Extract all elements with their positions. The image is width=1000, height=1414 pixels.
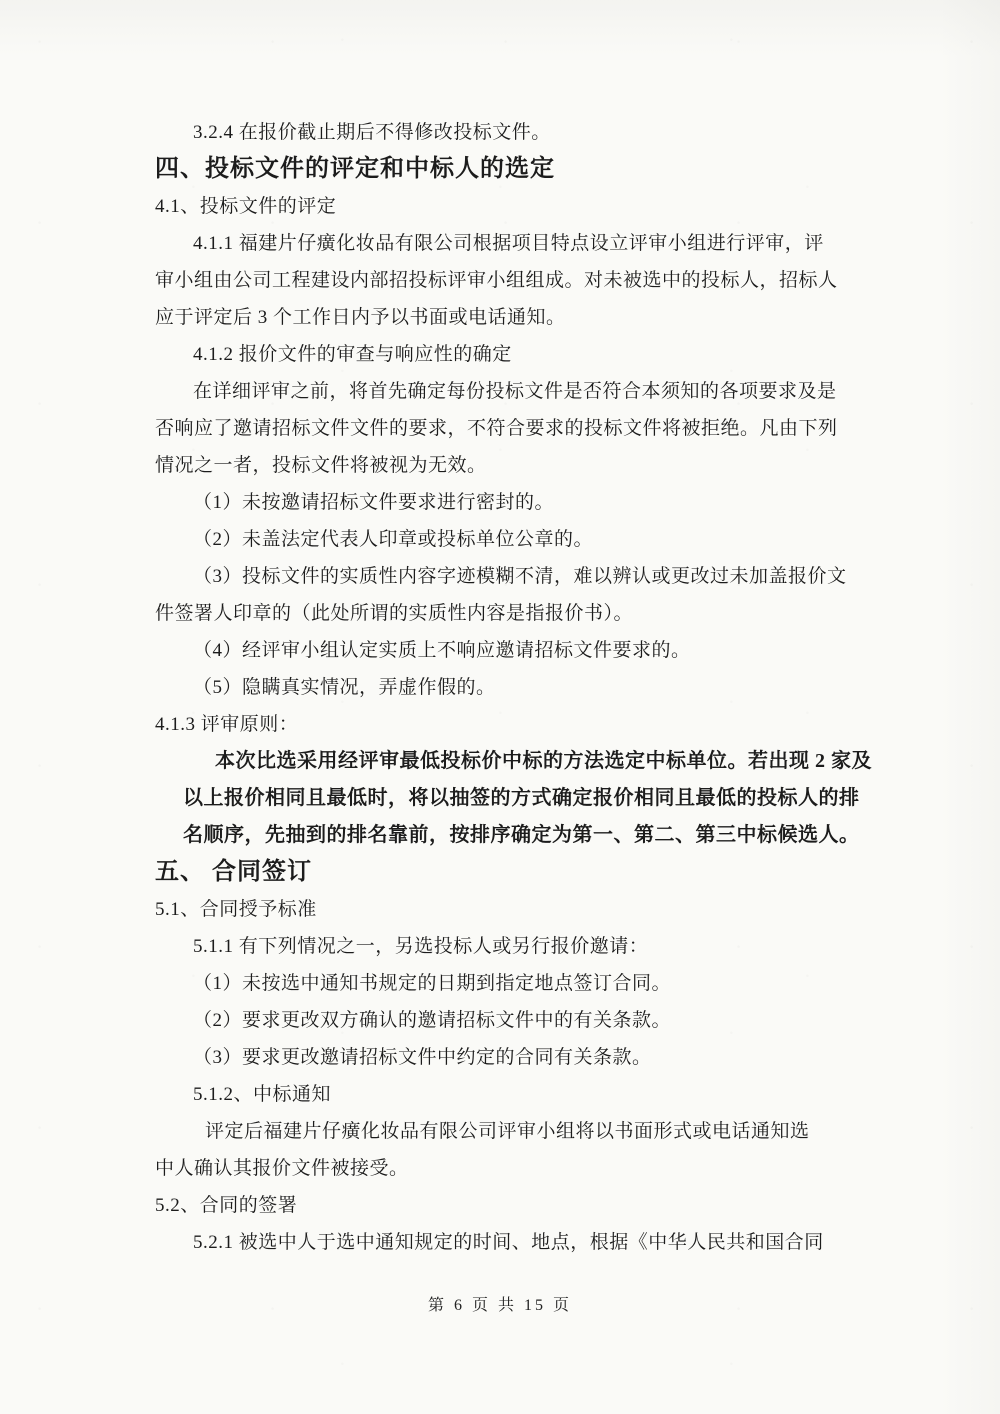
page-number-footer: 第 6 页 共 15 页	[0, 1292, 1000, 1315]
text-line: 5.1.1 有下列情况之一，另选投标人或另行报价邀请：	[155, 928, 865, 965]
text-line: 中人确认其报价文件被接受。	[155, 1150, 865, 1187]
text-line: （3）要求更改邀请招标文件中约定的合同有关条款。	[155, 1039, 865, 1076]
text-line: 否响应了邀请招标文件文件的要求，不符合要求的投标文件将被拒绝。凡由下列	[155, 410, 865, 447]
text-line: 以上报价相同且最低时，将以抽签的方式确定报价相同且最低的投标人的排	[155, 780, 865, 817]
text-line: 在详细评审之前，将首先确定每份投标文件是否符合本须知的各项要求及是	[155, 373, 865, 410]
text-line: 5.2、合同的签署	[155, 1187, 865, 1224]
scanned-document-page: 3.2.4 在报价截止期后不得修改投标文件。四、投标文件的评定和中标人的选定4.…	[0, 0, 1000, 1414]
text-line: （1）未按邀请招标文件要求进行密封的。	[155, 484, 865, 521]
text-line: （1）未按选中通知书规定的日期到指定地点签订合同。	[155, 965, 865, 1002]
text-line: 4.1.1 福建片仔癀化妆品有限公司根据项目特点设立评审小组进行评审，评	[155, 225, 865, 262]
text-line: 5.1.2、中标通知	[155, 1076, 865, 1113]
text-line: 3.2.4 在报价截止期后不得修改投标文件。	[155, 114, 865, 151]
text-line: 4.1、投标文件的评定	[155, 188, 865, 225]
text-line: 本次比选采用经评审最低投标价中标的方法选定中标单位。若出现 2 家及	[155, 743, 865, 780]
text-line: 5.2.1 被选中人于选中通知规定的时间、地点，根据《中华人民共和国合同	[155, 1224, 865, 1261]
text-line: 评定后福建片仔癀化妆品有限公司评审小组将以书面形式或电话通知选	[155, 1113, 865, 1150]
text-line: 审小组由公司工程建设内部招投标评审小组组成。对未被选中的投标人，招标人	[155, 262, 865, 299]
text-line: （2）未盖法定代表人印章或投标单位公章的。	[155, 521, 865, 558]
text-line: 名顺序，先抽到的排名靠前，按排序确定为第一、第二、第三中标候选人。	[155, 817, 865, 854]
text-line: （3）投标文件的实质性内容字迹模糊不清，难以辨认或更改过未加盖报价文	[155, 558, 865, 595]
text-line: （2）要求更改双方确认的邀请招标文件中的有关条款。	[155, 1002, 865, 1039]
section-heading: 四、投标文件的评定和中标人的选定	[155, 151, 865, 188]
section-heading: 五、 合同签订	[155, 854, 865, 891]
text-line: 件签署人印章的（此处所谓的实质性内容是指报价书）。	[155, 595, 865, 632]
text-line: 应于评定后 3 个工作日内予以书面或电话通知。	[155, 299, 865, 336]
text-line: 5.1、合同授予标准	[155, 891, 865, 928]
text-line: （5）隐瞒真实情况，弄虚作假的。	[155, 669, 865, 706]
text-line: 4.1.2 报价文件的审查与响应性的确定	[155, 336, 865, 373]
text-line: （4）经评审小组认定实质上不响应邀请招标文件要求的。	[155, 632, 865, 669]
document-body: 3.2.4 在报价截止期后不得修改投标文件。四、投标文件的评定和中标人的选定4.…	[155, 114, 865, 1261]
text-line: 4.1.3 评审原则：	[155, 706, 865, 743]
text-line: 情况之一者，投标文件将被视为无效。	[155, 447, 865, 484]
